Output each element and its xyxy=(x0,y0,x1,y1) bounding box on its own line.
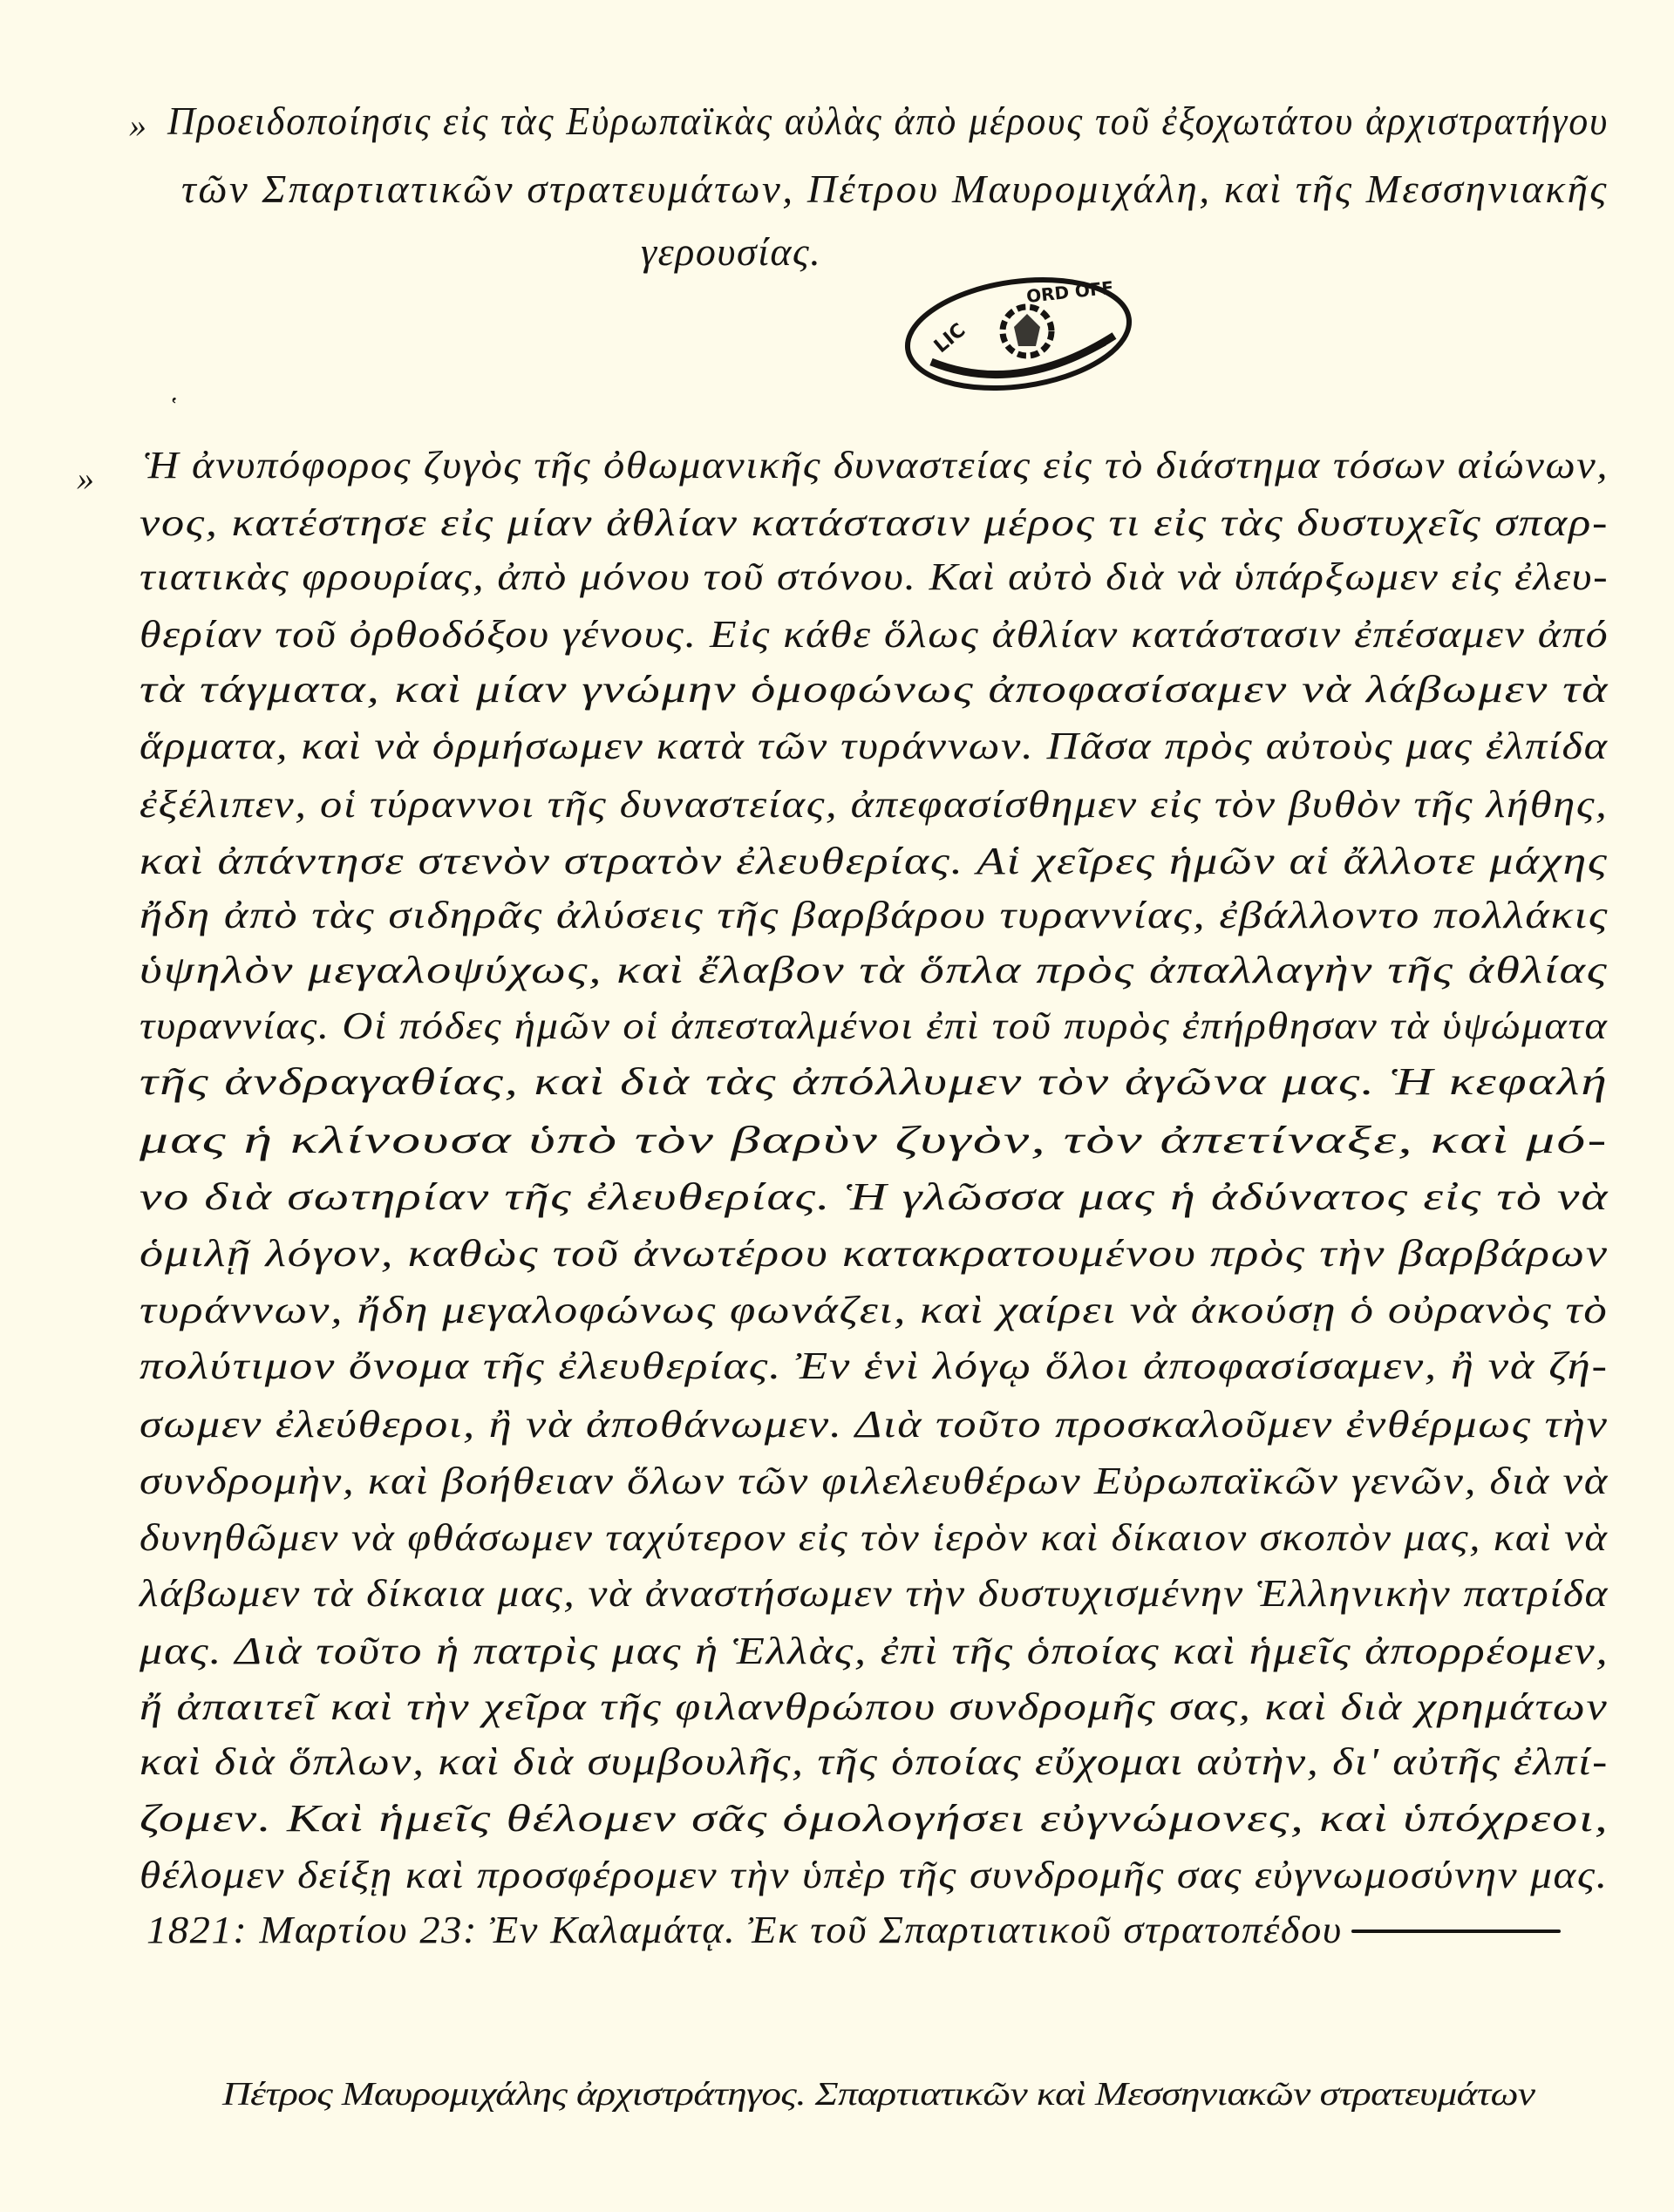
body-line-22: μας. Διὰ τοῦτο ἡ πατρὶς μας ἡ Ἑλλὰς, ἐπὶ… xyxy=(139,1629,1609,1673)
body-line-2: νος, κατέστησε εἰς μίαν ἀθλίαν κατάστασι… xyxy=(139,500,1609,545)
body-line-10: ὑψηλὸν μεγαλοψύχως, καὶ ἔλαβον τὰ ὅπλα π… xyxy=(139,948,1609,992)
heading-line-2: τῶν Σπαρτιατικῶν στρατευμάτων, Πέτρου Μα… xyxy=(181,166,1609,212)
body-line-12: τῆς ἀνδραγαθίας, καὶ διὰ τὰς ἀπόλλυμεν τ… xyxy=(139,1059,1609,1104)
body-line-3: τιατικὰς φρουρίας, ἀπὸ μόνου τοῦ στόνου.… xyxy=(139,555,1609,599)
heading-line-1: Προειδοποίησις εἰς τὰς Εὐρωπαϊκὰς αὐλὰς … xyxy=(167,98,1609,144)
body-line-23: ἤ ἀπαιτεῖ καὶ τὴν χεῖρα τῆς φιλανθρώπου … xyxy=(139,1685,1609,1729)
manuscript-page: » Προειδοποίησις εἰς τὰς Εὐρωπαϊκὰς αὐλὰ… xyxy=(0,0,1674,2212)
body-line-26: θέλομεν δείξῃ καὶ προσφέρομεν τὴν ὑπὲρ τ… xyxy=(139,1853,1609,1897)
body-line-13: μας ἡ κλίνουσα ὑπὸ τὸν βαρὺν ζυγὸν, τὸν … xyxy=(139,1118,1609,1162)
initial-breathing-mark: ῾ xyxy=(168,391,180,427)
body-line-6: ἅρματα, καὶ νὰ ὁρμήσωμεν κατὰ τῶν τυράνν… xyxy=(139,724,1609,768)
body-line-15: ὁμιλῇ λόγον, καθὼς τοῦ ἀνωτέρου κατακρατ… xyxy=(139,1231,1609,1276)
svg-text:LIC: LIC xyxy=(930,319,970,357)
heading-line-3: γερουσίας. xyxy=(641,228,821,275)
body-line-9: ἤδη ἀπὸ τὰς σιδηρᾶς ἀλύσεις τῆς βαρβάρου… xyxy=(139,893,1609,937)
body-line-16: τυράννων, ἤδη μεγαλοφώνως φωνάζει, καὶ χ… xyxy=(139,1288,1609,1332)
body-quote-mark: » xyxy=(77,458,94,499)
body-line-5: τὰ τάγματα, καὶ μίαν γνώμην ὁμοφώνως ἀπο… xyxy=(139,667,1609,711)
body-line-7: ἐξέλιπεν, οἱ τύραννοι τῆς δυναστείας, ἀπ… xyxy=(139,782,1608,827)
body-line-19: συνδρομὴν, καὶ βοήθειαν ὅλων τῶν φιλελευ… xyxy=(139,1459,1609,1503)
heading-quote-mark: » xyxy=(129,105,146,146)
body-line-18: σωμεν ἐλεύθεροι, ἢ νὰ ἀποθάνωμεν. Διὰ το… xyxy=(139,1402,1609,1446)
body-line-25: ζομεν. Καὶ ἡμεῖς θέλομεν σᾶς ὁμολογήσει … xyxy=(139,1796,1609,1841)
body-line-11: τυραννίας. Οἱ πόδες ἡμῶν οἱ ἀπεσταλμένοι… xyxy=(139,1004,1608,1048)
body-line-21: λάβωμεν τὰ δίκαια μας, νὰ ἀναστήσωμεν τὴ… xyxy=(139,1571,1609,1616)
body-line-1: Ἡ ἀνυπόφορος ζυγὸς τῆς ὀθωμανικῆς δυναστ… xyxy=(144,443,1609,487)
dateline: 1821: Μαρτίου 23: Ἐν Καλαμάτᾳ. Ἐκ τοῦ Σπ… xyxy=(146,1908,1343,1952)
body-line-14: νο διὰ σωτηρίαν τῆς ἐλευθερίας. Ἡ γλῶσσα… xyxy=(139,1174,1609,1219)
body-line-17: πολύτιμον ὄνομα τῆς ἐλευθερίας. Ἐν ἑνὶ λ… xyxy=(139,1344,1609,1388)
dateline-flourish xyxy=(1351,1930,1561,1933)
stamp-seal-icon: LIC ORD OFF xyxy=(896,266,1140,397)
archive-stamp: LIC ORD OFF PUBLIC RECORD OFFICE xyxy=(896,266,1140,397)
body-line-20: δυνηθῶμεν νὰ φθάσωμεν ταχύτερον εἰς τὸν … xyxy=(139,1515,1609,1560)
body-line-24: καὶ διὰ ὅπλων, καὶ διὰ συμβουλῆς, τῆς ὁπ… xyxy=(139,1739,1609,1784)
body-line-8: καὶ ἀπάντησε στενὸν στρατὸν ἐλευθερίας. … xyxy=(139,839,1609,883)
signature: Πέτρος Μαυρομιχάλης ἀρχιστράτηγος. Σπαρτ… xyxy=(222,2075,1534,2113)
body-line-4: θερίαν τοῦ ὀρθοδόξου γένους. Εἰς κάθε ὅλ… xyxy=(139,612,1609,657)
